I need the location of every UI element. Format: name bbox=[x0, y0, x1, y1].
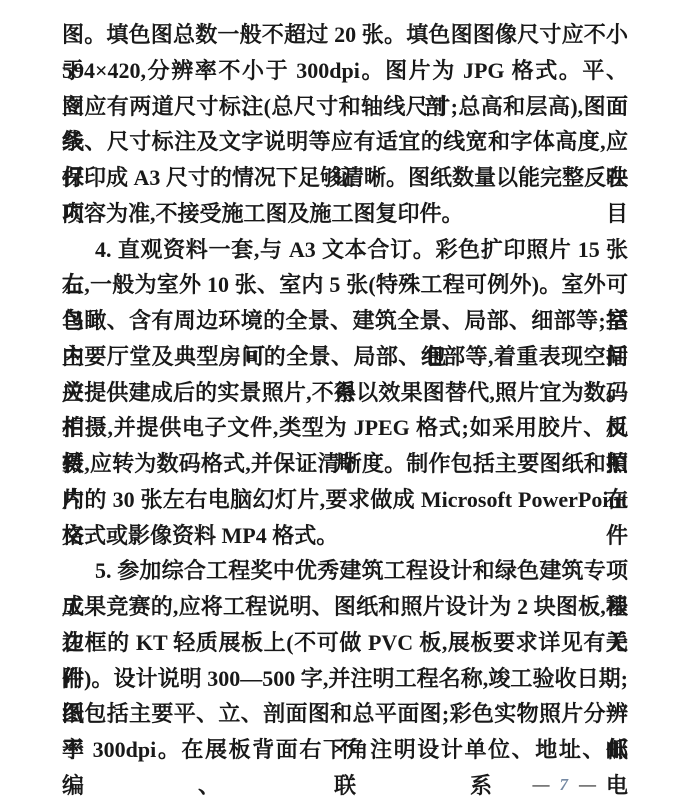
text-line: 条、尺寸标注及文字说明等应有适宜的线宽和字体高度,应保证在 bbox=[62, 124, 628, 160]
text-line: 5. 参加综合工程奖中优秀建筑工程设计和绿色建筑专项工程 bbox=[62, 553, 628, 589]
page-number: 7 bbox=[560, 773, 569, 797]
text-line: 4. 直观资料一套,与 A3 文本合订。彩色扩印照片 15 张左 bbox=[62, 232, 628, 268]
paragraph-continuation: 图。填色图总数一般不超过 20 张。填色图图像尺寸应不小于 594×420,分辨… bbox=[62, 17, 628, 232]
text-line: 边框的 KT 轻质展板上(不可做 PVC 板,展板要求详见有关附 bbox=[62, 625, 628, 661]
text-line: 主要厅堂及典型房间的全景、局部、细部等,着重表现空间关系。 bbox=[62, 339, 628, 375]
text-line: 于 300dpi。在展板背面右下角注明设计单位、地址、邮编、联系电 bbox=[62, 732, 628, 768]
text-line: 图。填色图总数一般不超过 20 张。填色图图像尺寸应不小于 bbox=[62, 17, 628, 53]
page-footer: — 7 — bbox=[533, 773, 596, 797]
text-line: 内的 30 张左右电脑幻灯片,要求做成 Microsoft PowerPoint… bbox=[62, 482, 628, 518]
text-line: 摄,应转为数码格式,并保证清晰度。制作包括主要图纸和照片在 bbox=[62, 446, 628, 482]
text-line: 拍摄,并提供电子文件,类型为 JPEG 格式;如采用胶片、反转片拍 bbox=[62, 410, 628, 446]
text-line: 件)。设计说明 300—500 字,并注明工程名称,竣工验收日期;图 bbox=[62, 661, 628, 697]
text-line: 应提供建成后的实景照片,不得以效果图替代,照片宜为数码相机 bbox=[62, 375, 628, 411]
text-line: 打印成 A3 尺寸的情况下足够清晰。图纸数量以能完整反映项目 bbox=[62, 160, 628, 196]
text-line: 594×420,分辨率不小于 300dpi。图片为 JPG 格式。平、立、剖面 bbox=[62, 53, 628, 89]
page-body-text: 图。填色图总数一般不超过 20 张。填色图图像尺寸应不小于 594×420,分辨… bbox=[62, 17, 628, 768]
footer-dash-right: — bbox=[579, 773, 595, 797]
paragraph-item-4: 4. 直观资料一套,与 A3 文本合订。彩色扩印照片 15 张左 右,一般为室外… bbox=[62, 232, 628, 554]
text-line: 图应有两道尺寸标注(总尺寸和轴线尺寸;总高和层高),图面线 bbox=[62, 89, 628, 125]
text-line: 鸟瞰、含有周边环境的全景、建筑全景、局部、细部等;室内可包括 bbox=[62, 303, 628, 339]
text-line: 成果竞赛的,应将工程说明、图纸和照片设计为 2 块图板,裱在无 bbox=[62, 589, 628, 625]
paragraph-item-5: 5. 参加综合工程奖中优秀建筑工程设计和绿色建筑专项工程 成果竞赛的,应将工程说… bbox=[62, 553, 628, 768]
scanned-document-page: 图。填色图总数一般不超过 20 张。填色图图像尺寸应不小于 594×420,分辨… bbox=[0, 0, 688, 809]
text-line: 纸包括主要平、立、剖面图和总平面图;彩色实物照片分辨率不低 bbox=[62, 696, 628, 732]
text-line: 右,一般为室外 10 张、室内 5 张(特殊工程可例外)。室外可包括 bbox=[62, 267, 628, 303]
footer-dash-left: — bbox=[533, 773, 549, 797]
